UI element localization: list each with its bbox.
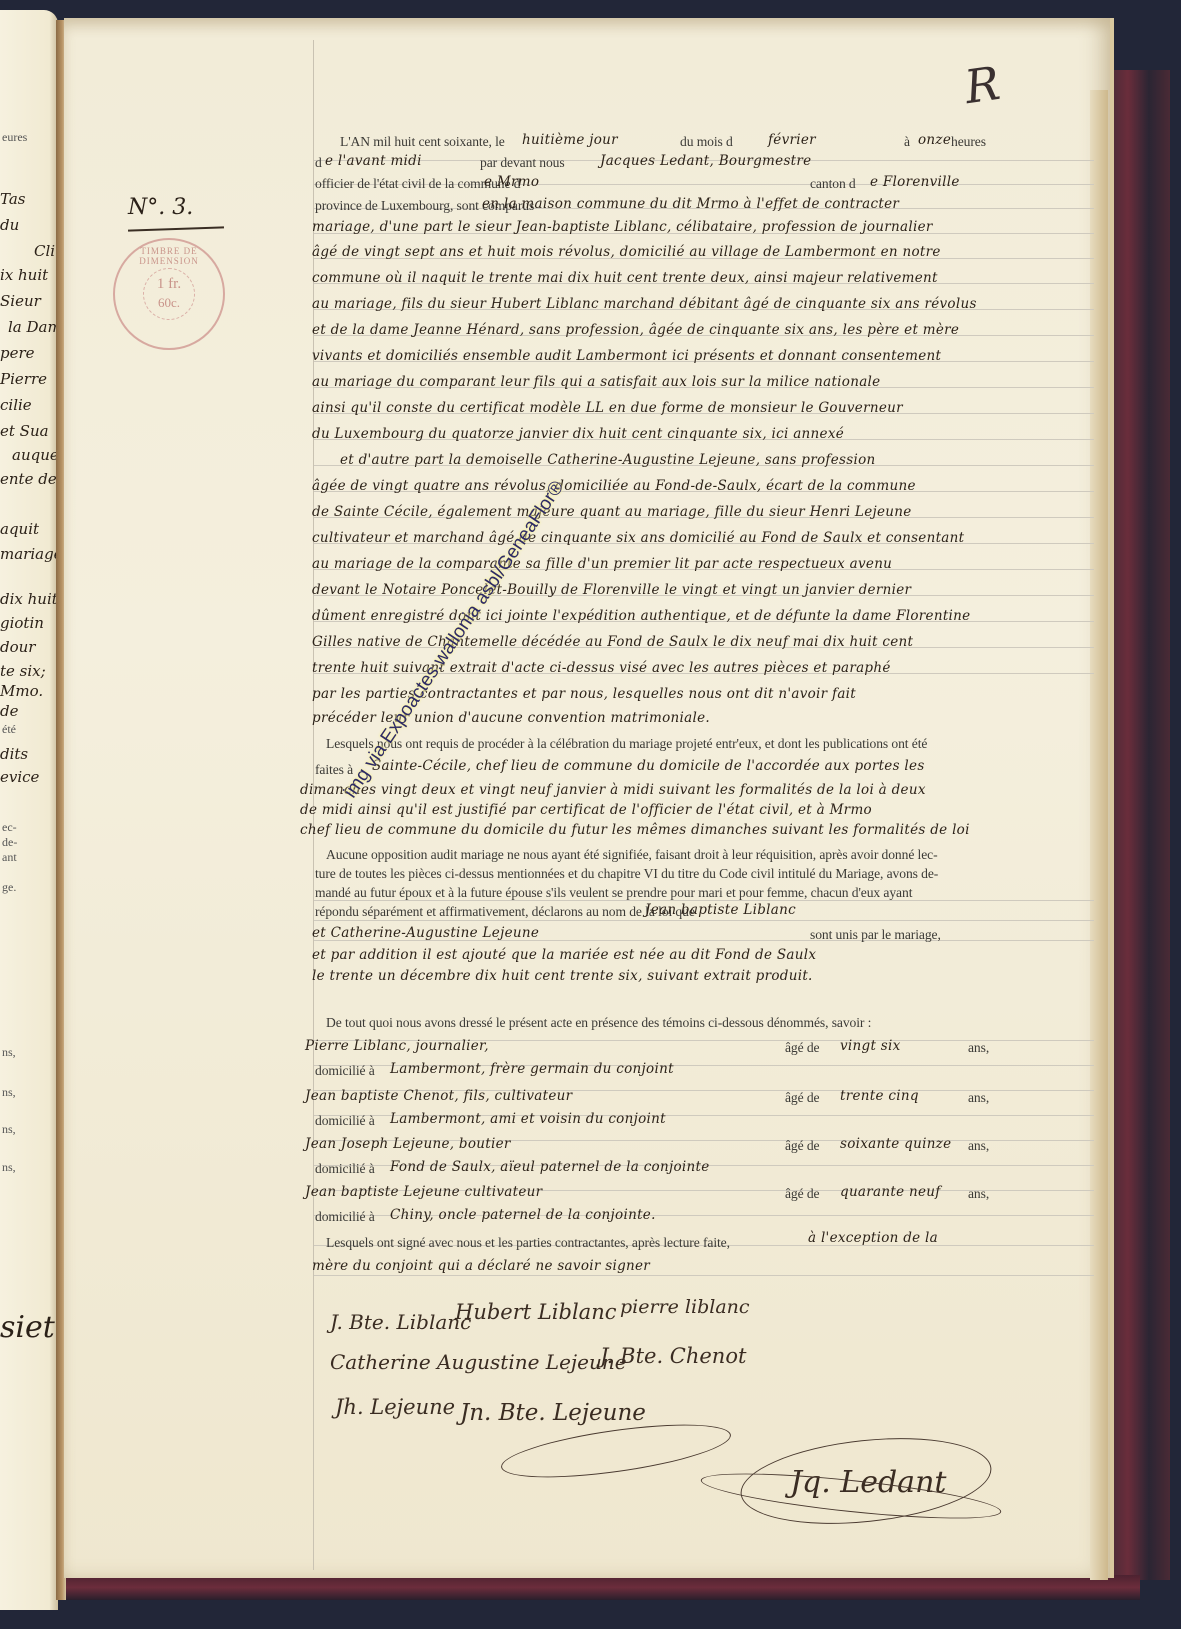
witness-name: Jean baptiste Chenot, fils, cultivateur bbox=[305, 1088, 572, 1104]
handwritten-text: Sainte-Cécile, chef lieu de commune du d… bbox=[372, 758, 925, 774]
witness-name: Jean Joseph Lejeune, boutier bbox=[305, 1136, 511, 1152]
left-frag-hand: pere bbox=[0, 344, 35, 362]
handwritten-text: précéder leur union d'aucune convention … bbox=[312, 710, 710, 726]
signature-bride: Catherine Augustine Lejeune bbox=[330, 1350, 627, 1374]
handwritten-text: commune où il naquit le trente mai dix h… bbox=[312, 270, 938, 286]
handwritten-text: trente huit suivant extrait d'acte ci-de… bbox=[312, 660, 891, 676]
handwritten-text: devant le Notaire Poncelet-Bouilly de Fl… bbox=[312, 582, 911, 598]
handwritten-text: au mariage de la comparante sa fille d'u… bbox=[312, 556, 892, 572]
printed-text: répondu séparément et affirmativement, d… bbox=[315, 904, 695, 920]
handwritten-text: de Sainte Cécile, également majeure quan… bbox=[312, 504, 912, 520]
age-label: âgé de bbox=[785, 1138, 820, 1154]
handwritten-text: vivants et domiciliés ensemble audit Lam… bbox=[312, 348, 941, 364]
act-number: N°. 3. bbox=[128, 195, 193, 220]
register-cover-bottom bbox=[60, 1575, 1140, 1600]
handwritten-text: dimanches vingt deux et vingt neuf janvi… bbox=[300, 782, 926, 798]
age-label: âgé de bbox=[785, 1090, 820, 1106]
handwritten-text: âgé de vingt sept ans et huit mois révol… bbox=[312, 244, 941, 260]
handwritten-text: au mariage, fils du sieur Hubert Liblanc… bbox=[312, 296, 977, 312]
signature-groom: J. Bte. Liblanc bbox=[330, 1310, 471, 1334]
handwritten-text: de midi ainsi qu'il est justifié par cer… bbox=[300, 802, 872, 818]
age-label: âgé de bbox=[785, 1186, 820, 1202]
printed-text: du mois d bbox=[680, 134, 733, 150]
left-frag-hand: siet bbox=[0, 1310, 55, 1345]
handwritten-text: chef lieu de commune du domicile du futu… bbox=[300, 822, 970, 838]
signature-witness-3: Jh. Lejeune bbox=[335, 1395, 455, 1419]
domicile-label: domicilié à bbox=[315, 1209, 375, 1225]
printed-text: Aucune opposition audit mariage ne nous … bbox=[326, 847, 938, 863]
witness-domicile: Fond de Saulx, aïeul paternel de la conj… bbox=[390, 1159, 710, 1175]
handwritten-text: e l'avant midi bbox=[325, 153, 422, 169]
left-frag-text: été bbox=[2, 722, 16, 737]
witness-domicile: Lambermont, ami et voisin du conjoint bbox=[390, 1111, 666, 1127]
handwritten-text: âgée de vingt quatre ans révolus, domici… bbox=[312, 478, 916, 494]
left-frag-text: ec- bbox=[2, 820, 17, 835]
handwritten-text: en la maison commune du dit Mrmo à l'eff… bbox=[482, 196, 899, 212]
left-frag-hand: ix huit bbox=[0, 266, 48, 284]
left-frag-text: de- bbox=[2, 835, 17, 850]
corner-initial-mark: R bbox=[961, 56, 1003, 114]
left-frag-hand: cilie bbox=[0, 396, 32, 414]
left-frag-text: ns, bbox=[2, 1045, 16, 1060]
left-frag-hand: evice bbox=[0, 768, 39, 786]
page-edge-stack bbox=[1090, 90, 1108, 1580]
printed-text: faites à bbox=[315, 762, 353, 778]
stamp-value-cents: 60c. bbox=[115, 295, 223, 311]
left-frag-hand: Tas bbox=[0, 190, 25, 208]
years-label: ans, bbox=[968, 1090, 989, 1106]
printed-text: L'AN mil huit cent soixante, le bbox=[340, 134, 505, 150]
handwritten-text: Jean baptiste Liblanc bbox=[645, 902, 796, 918]
handwritten-text: à l'exception de la bbox=[808, 1230, 938, 1246]
left-frag-hand: du bbox=[0, 216, 19, 234]
printed-text: à bbox=[904, 134, 910, 150]
printed-text: heures bbox=[951, 134, 986, 150]
printed-text: canton d bbox=[810, 176, 856, 192]
left-frag-hand: auque bbox=[12, 446, 59, 464]
years-label: ans, bbox=[968, 1040, 989, 1056]
witness-age: vingt six bbox=[840, 1038, 901, 1054]
age-label: âgé de bbox=[785, 1040, 820, 1056]
domicile-label: domicilié à bbox=[315, 1161, 375, 1177]
handwritten-text: par les parties contractantes et par nou… bbox=[312, 686, 856, 702]
handwritten-text: février bbox=[768, 132, 816, 148]
ruled-line bbox=[314, 1275, 1094, 1276]
handwritten-text: mariage, d'une part le sieur Jean-baptis… bbox=[312, 219, 933, 235]
handwritten-text: au mariage du comparant leur fils qui a … bbox=[312, 374, 880, 390]
printed-text: ture de toutes les pièces ci-dessus ment… bbox=[315, 866, 938, 882]
stamp-value: 1 fr. bbox=[115, 276, 223, 293]
left-frag-hand: mariage bbox=[0, 545, 63, 563]
handwritten-text: ainsi qu'il conste du certificat modèle … bbox=[312, 400, 903, 416]
witness-name: Pierre Liblanc, journalier, bbox=[305, 1038, 489, 1054]
left-frag-hand: et Sua bbox=[0, 422, 49, 440]
handwritten-text: dûment enregistré dont ici jointe l'expé… bbox=[312, 608, 970, 624]
left-frag-hand: Cli bbox=[34, 242, 55, 260]
handwritten-text: e Mrmo bbox=[484, 174, 539, 190]
left-frag-text: ant bbox=[2, 850, 17, 865]
domicile-label: domicilié à bbox=[315, 1063, 375, 1079]
left-frag-hand: dix huit bbox=[0, 590, 58, 608]
handwritten-text: et de la dame Jeanne Hénard, sans profes… bbox=[312, 322, 959, 338]
left-frag-hand: de bbox=[0, 702, 18, 720]
left-frag-hand: dour bbox=[0, 638, 35, 656]
left-frag-text: eures bbox=[2, 130, 27, 145]
domicile-label: domicilié à bbox=[315, 1113, 375, 1129]
witness-name: Jean baptiste Lejeune cultivateur bbox=[305, 1184, 542, 1200]
handwritten-text: Gilles native de Chantemelle décédée au … bbox=[312, 634, 913, 650]
years-label: ans, bbox=[968, 1138, 989, 1154]
witnesses-intro: De tout quoi nous avons dressé le présen… bbox=[326, 1015, 871, 1031]
handwritten-text: huitième jour bbox=[522, 132, 618, 148]
stamp-ring-text: TIMBRE DE DIMENSION bbox=[115, 246, 223, 266]
printed-text: Lesquels nous ont requis de procéder à l… bbox=[326, 736, 927, 752]
years-label: ans, bbox=[968, 1186, 989, 1202]
left-frag-text: ns, bbox=[2, 1122, 16, 1137]
ruled-line bbox=[314, 920, 1094, 921]
left-frag-hand: giotin bbox=[0, 614, 44, 632]
witness-age: quarante neuf bbox=[840, 1184, 941, 1200]
handwritten-text: onze bbox=[918, 132, 951, 148]
signature-witness-1: pierre liblanc bbox=[620, 1296, 750, 1318]
left-frag-text: ns, bbox=[2, 1085, 16, 1100]
handwritten-text: cultivateur et marchand âgé de cinquante… bbox=[312, 530, 964, 546]
handwritten-text: du Luxembourg du quatorze janvier dix hu… bbox=[312, 426, 844, 442]
left-frag-hand: te six; bbox=[0, 662, 46, 680]
witness-age: soixante quinze bbox=[840, 1136, 951, 1152]
left-frag-hand: Pierre bbox=[0, 370, 47, 388]
handwritten-text: et Catherine-Augustine Lejeune bbox=[312, 925, 539, 941]
previous-page-fragment: eures Tas du Cli ix huit Sieur la Dame p… bbox=[0, 10, 58, 1610]
handwritten-text: Jacques Ledant, Bourgmestre bbox=[600, 153, 811, 169]
tax-stamp-icon: TIMBRE DE DIMENSION 1 fr. 60c. bbox=[113, 238, 225, 350]
handwritten-text: le trente un décembre dix huit cent tren… bbox=[312, 968, 813, 984]
witness-age: trente cinq bbox=[840, 1088, 919, 1104]
signature-witness-2: J. Bte. Chenot bbox=[600, 1344, 746, 1368]
left-frag-text: ge. bbox=[2, 880, 16, 895]
printed-text: par devant nous bbox=[480, 155, 565, 171]
witness-domicile: Lambermont, frère germain du conjoint bbox=[390, 1061, 674, 1077]
left-frag-text: ns, bbox=[2, 1160, 16, 1175]
printed-text: sont unis par le mariage, bbox=[810, 927, 941, 943]
printed-text: d bbox=[315, 155, 322, 171]
printed-text: Lesquels ont signé avec nous et les part… bbox=[326, 1235, 730, 1251]
printed-text: mandé au futur époux et à la future épou… bbox=[315, 885, 912, 901]
handwritten-text: et d'autre part la demoiselle Catherine-… bbox=[340, 452, 876, 468]
left-frag-hand: dits bbox=[0, 745, 28, 763]
signature-witness-4: Jn. Bte. Lejeune bbox=[460, 1400, 646, 1426]
handwritten-text: et par addition il est ajouté que la mar… bbox=[312, 947, 816, 963]
left-frag-hand: aquit bbox=[0, 520, 39, 538]
handwritten-text: e Florenville bbox=[870, 174, 960, 190]
handwritten-text: mère du conjoint qui a déclaré ne savoir… bbox=[312, 1258, 650, 1274]
left-frag-hand: Mmo. bbox=[0, 682, 43, 700]
signature-groom-father: Hubert Liblanc bbox=[455, 1300, 617, 1324]
left-frag-hand: Sieur bbox=[0, 292, 41, 310]
witness-domicile: Chiny, oncle paternel de la conjointe. bbox=[390, 1207, 656, 1223]
